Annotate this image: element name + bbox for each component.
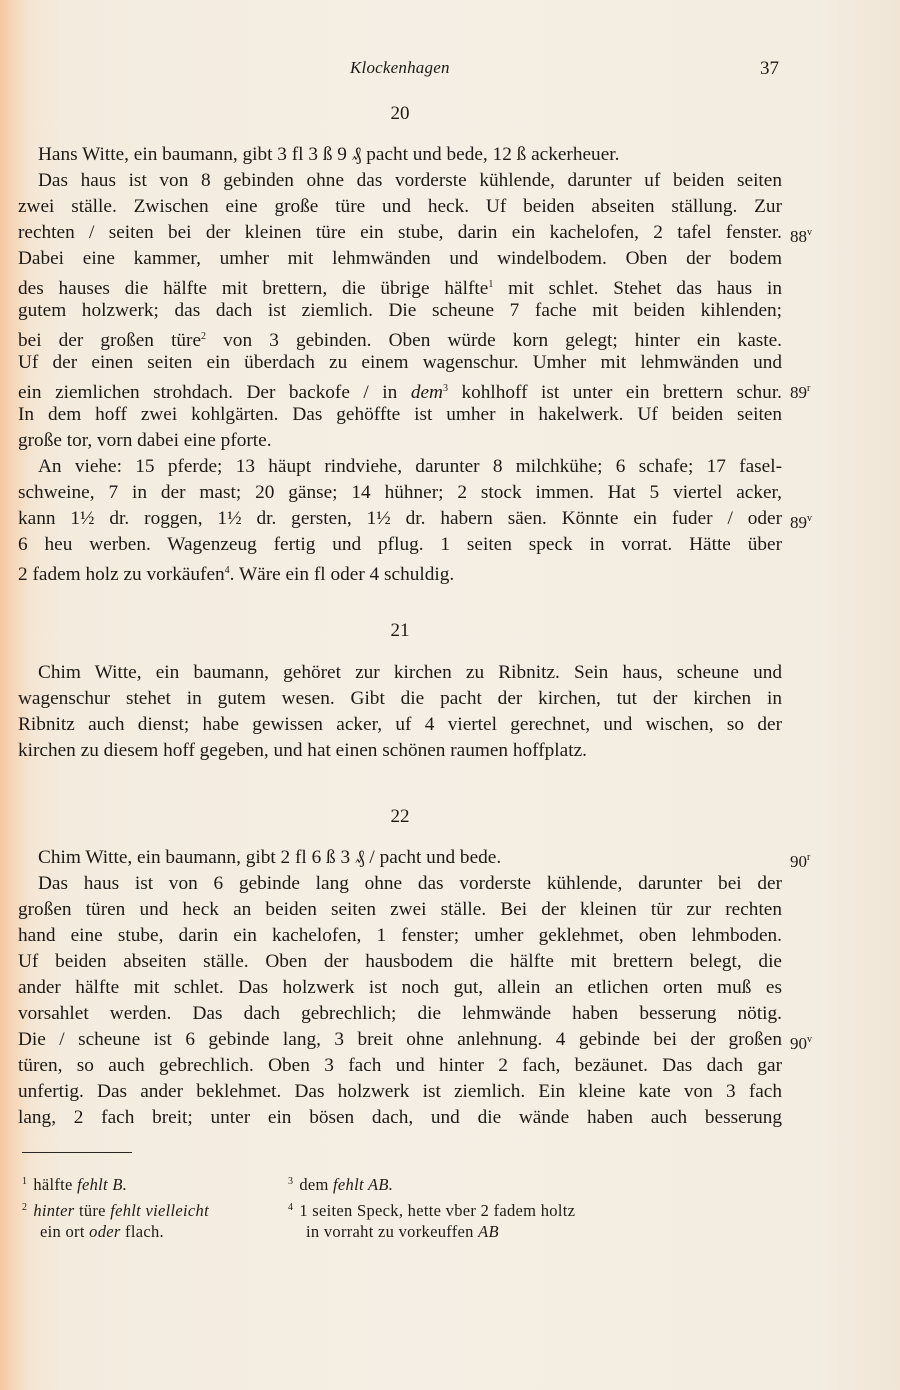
text-line: kann 1½ dr. roggen, 1½ dr. gersten, 1½ d… [18,506,782,532]
text-line: rechten / seiten bei der kleinen türe ei… [18,220,782,246]
folio-margin-note: 88v [790,220,812,250]
text-line: wagenschur stehet in gutem wesen. Gibt d… [18,686,782,712]
folio-side: v [807,227,812,238]
text-line: Chim Witte, ein baumann, gibt 2 fl 6 ß 3… [38,845,782,871]
footnote-marker: 4 [288,1202,293,1213]
folio-margin-note: 90r [790,845,810,875]
text-line: Uf der einen seiten ein überdach zu eine… [18,350,782,376]
text-line: hand eine stube, darin ein kachelofen, 1… [18,923,782,949]
text-line: schweine, 7 in der mast; 20 gänse; 14 hü… [18,480,782,506]
italic-text: oder [89,1222,120,1241]
italic-word: dem [411,382,443,403]
text-line: Chim Witte, ein baumann, gehöret zur kir… [38,660,782,686]
section-number: 20 [0,103,800,125]
footnote-marker: 1 [22,1176,27,1187]
page-number: 37 [760,58,779,80]
folio-margin-note: 89v [790,506,812,536]
text-line: Ribnitz auch dienst; habe gewissen acker… [18,712,782,738]
footnote-ref: 4 [225,565,230,576]
section-number: 22 [0,806,800,828]
folio-side: v [807,513,812,524]
text-line: vorsahlet werden. Das dach gebrechlich; … [18,1001,782,1027]
footnote: 3dem fehlt AB. [288,1170,393,1197]
italic-text: fehlt AB. [333,1175,393,1194]
text-line: türen, so auch gebrechlich. Oben 3 fach … [18,1053,782,1079]
text-line: An viehe: 15 pferde; 13 häupt rindviehe,… [38,454,782,480]
text-line: Hans Witte, ein baumann, gibt 3 fl 3 ß 9… [38,142,782,168]
section-number: 21 [0,620,800,642]
book-page: Klockenhagen 37 20Hans Witte, ein bauman… [0,0,900,1390]
footnote-marker: 3 [288,1176,293,1187]
text-line: Uf beiden abseiten ställe. Oben der haus… [18,949,782,975]
text-line: Das haus ist von 6 gebinde lang ohne das… [38,871,782,897]
italic-text: hinter [33,1201,74,1220]
italic-text: fehlt B. [77,1175,127,1194]
folio-margin-note: 90v [790,1027,812,1057]
footnote: 41 seiten Speck, hette vber 2 fadem holt… [288,1196,575,1223]
text-line: Dabei eine kammer, umher mit lehmwänden … [18,246,782,272]
text-line: In dem hoff zwei kohlgärten. Das gehöfft… [18,402,782,428]
folio-side: v [807,1034,812,1045]
footnote-ref: 3 [443,383,448,394]
text-line: des hauses die hälfte mit brettern, die … [18,272,782,298]
folio-side: r [807,383,810,394]
footnote: 2hinter türe fehlt vielleicht [22,1196,209,1223]
footnote-rule [22,1152,132,1153]
text-line: Die / scheune ist 6 gebinde lang, 3 brei… [18,1027,782,1053]
text-line: 2 fadem holz zu vorkäufen4. Wäre ein fl … [18,558,782,584]
folio-margin-note: 89r [790,376,810,406]
footnote-ref: 2 [201,331,206,342]
text-line: bei der großen türe2 von 3 gebinden. Obe… [18,324,782,350]
text-line: Das haus ist von 8 gebinden ohne das vor… [38,168,782,194]
text-line: ein ziemlichen strohdach. Der backofe / … [18,376,782,402]
footnote: 1hälfte fehlt B. [22,1170,127,1197]
italic-text: fehlt vielleicht [110,1201,209,1220]
text-line: große tor, vorn dabei eine pforte. [18,428,782,454]
text-line: ander hälfte mit schlet. Das holzwerk is… [18,975,782,1001]
text-line: unfertig. Das ander beklehmet. Das holzw… [18,1079,782,1105]
folio-side: r [807,852,810,863]
footnote-continuation: in vorraht zu vorkeuffen AB [306,1220,499,1244]
text-line: 6 heu werben. Wagenzeug fertig und pflug… [18,532,782,558]
footnote-continuation: ein ort oder flach. [40,1220,164,1244]
running-head: Klockenhagen 37 [0,58,900,82]
text-line: gutem holzwerk; das dach ist ziemlich. D… [18,298,782,324]
footnote-ref: 1 [488,279,493,290]
text-line: zwei ställe. Zwischen eine große türe un… [18,194,782,220]
italic-text: AB [478,1222,499,1241]
text-line: lang, 2 fach breit; unter ein bösen dach… [18,1105,782,1131]
running-title: Klockenhagen [350,58,450,78]
footnote-marker: 2 [22,1202,27,1213]
text-line: großen türen und heck an beiden seiten z… [18,897,782,923]
text-line: kirchen zu diesem hoff gegeben, und hat … [18,738,782,764]
